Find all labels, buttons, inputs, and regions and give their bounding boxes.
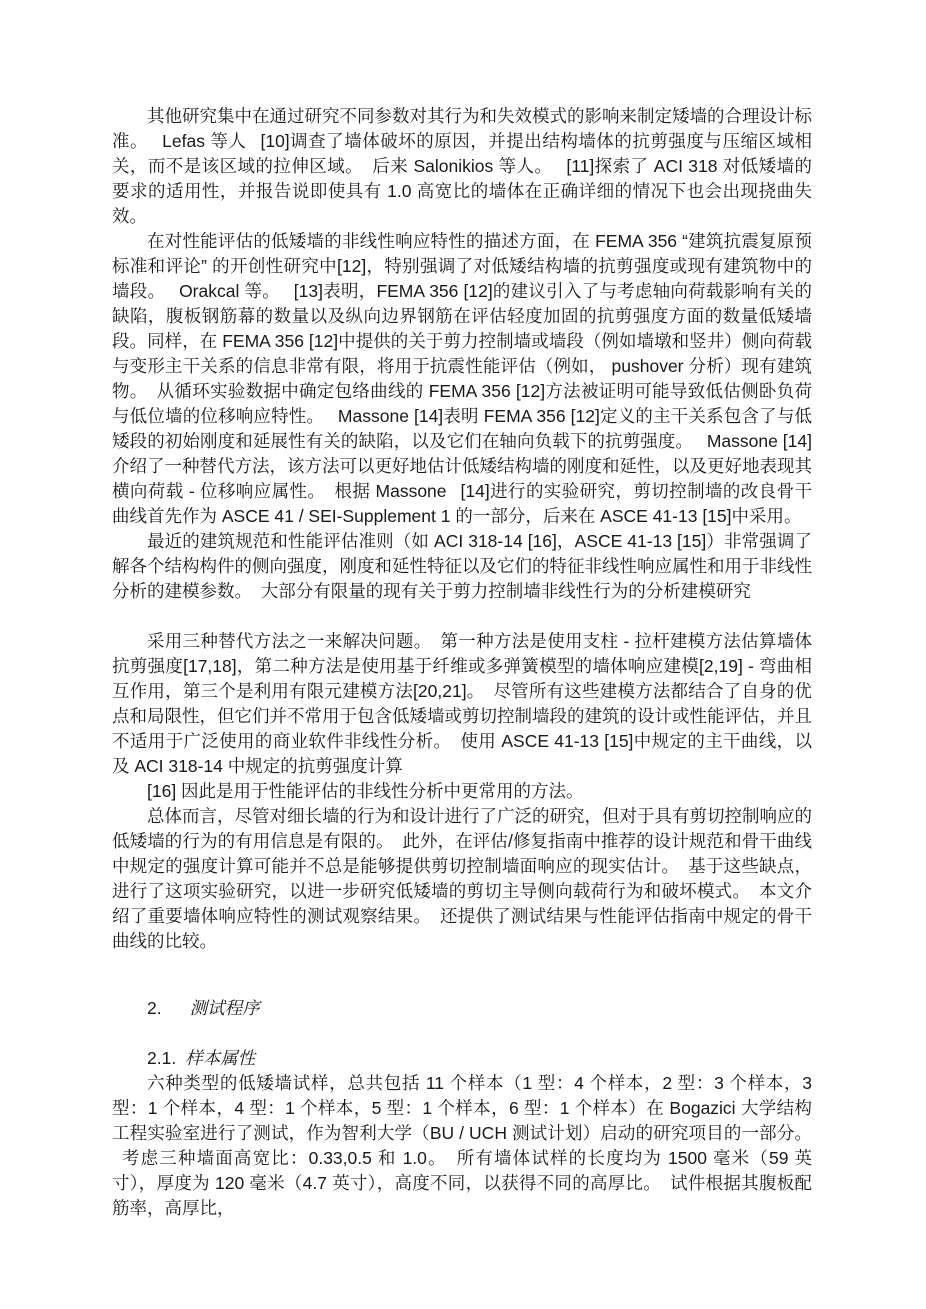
section-title: 测试程序 — [190, 998, 260, 1018]
paragraph-recent-codes: 最近的建筑规范和性能评估准则（如 ACI 318-14 [16]，ASCE 41… — [112, 529, 812, 604]
paragraph-fema356-description: 在对性能评估的低矮墙的非线性响应特性的描述方面，在 FEMA 356 “建筑抗震… — [112, 229, 812, 529]
subsection-number: 2.1. — [147, 1046, 176, 1071]
paragraph-ref16: [16] 因此是用于性能评估的非线性分析中更常用的方法。 — [112, 779, 812, 804]
paragraph-specimens: 六种类型的低矮墙试样，总共包括 11 个样本（1 型：4 个样本，2 型：3 个… — [112, 1071, 812, 1221]
section-heading-testing-program: 2.测试程序 — [112, 996, 812, 1021]
section-number: 2. — [147, 996, 162, 1021]
subsection-heading-specimen-properties: 2.1.样本属性 — [112, 1046, 812, 1071]
subsection-title: 样本属性 — [185, 1048, 255, 1068]
paragraph-summary: 总体而言，尽管对细长墙的行为和设计进行了广泛的研究，但对于具有剪切控制响应的低矮… — [112, 804, 812, 954]
blank-line — [112, 604, 812, 629]
paragraph-other-studies: 其他研究集中在通过研究不同参数对其行为和失效模式的影响来制定矮墙的合理设计标准。… — [112, 104, 812, 229]
document-page: 其他研究集中在通过研究不同参数对其行为和失效模式的影响来制定矮墙的合理设计标准。… — [0, 0, 926, 1309]
paragraph-three-methods: 采用三种替代方法之一来解决问题。 第一种方法是使用支柱 - 拉杆建模方法估算墙体… — [112, 629, 812, 779]
